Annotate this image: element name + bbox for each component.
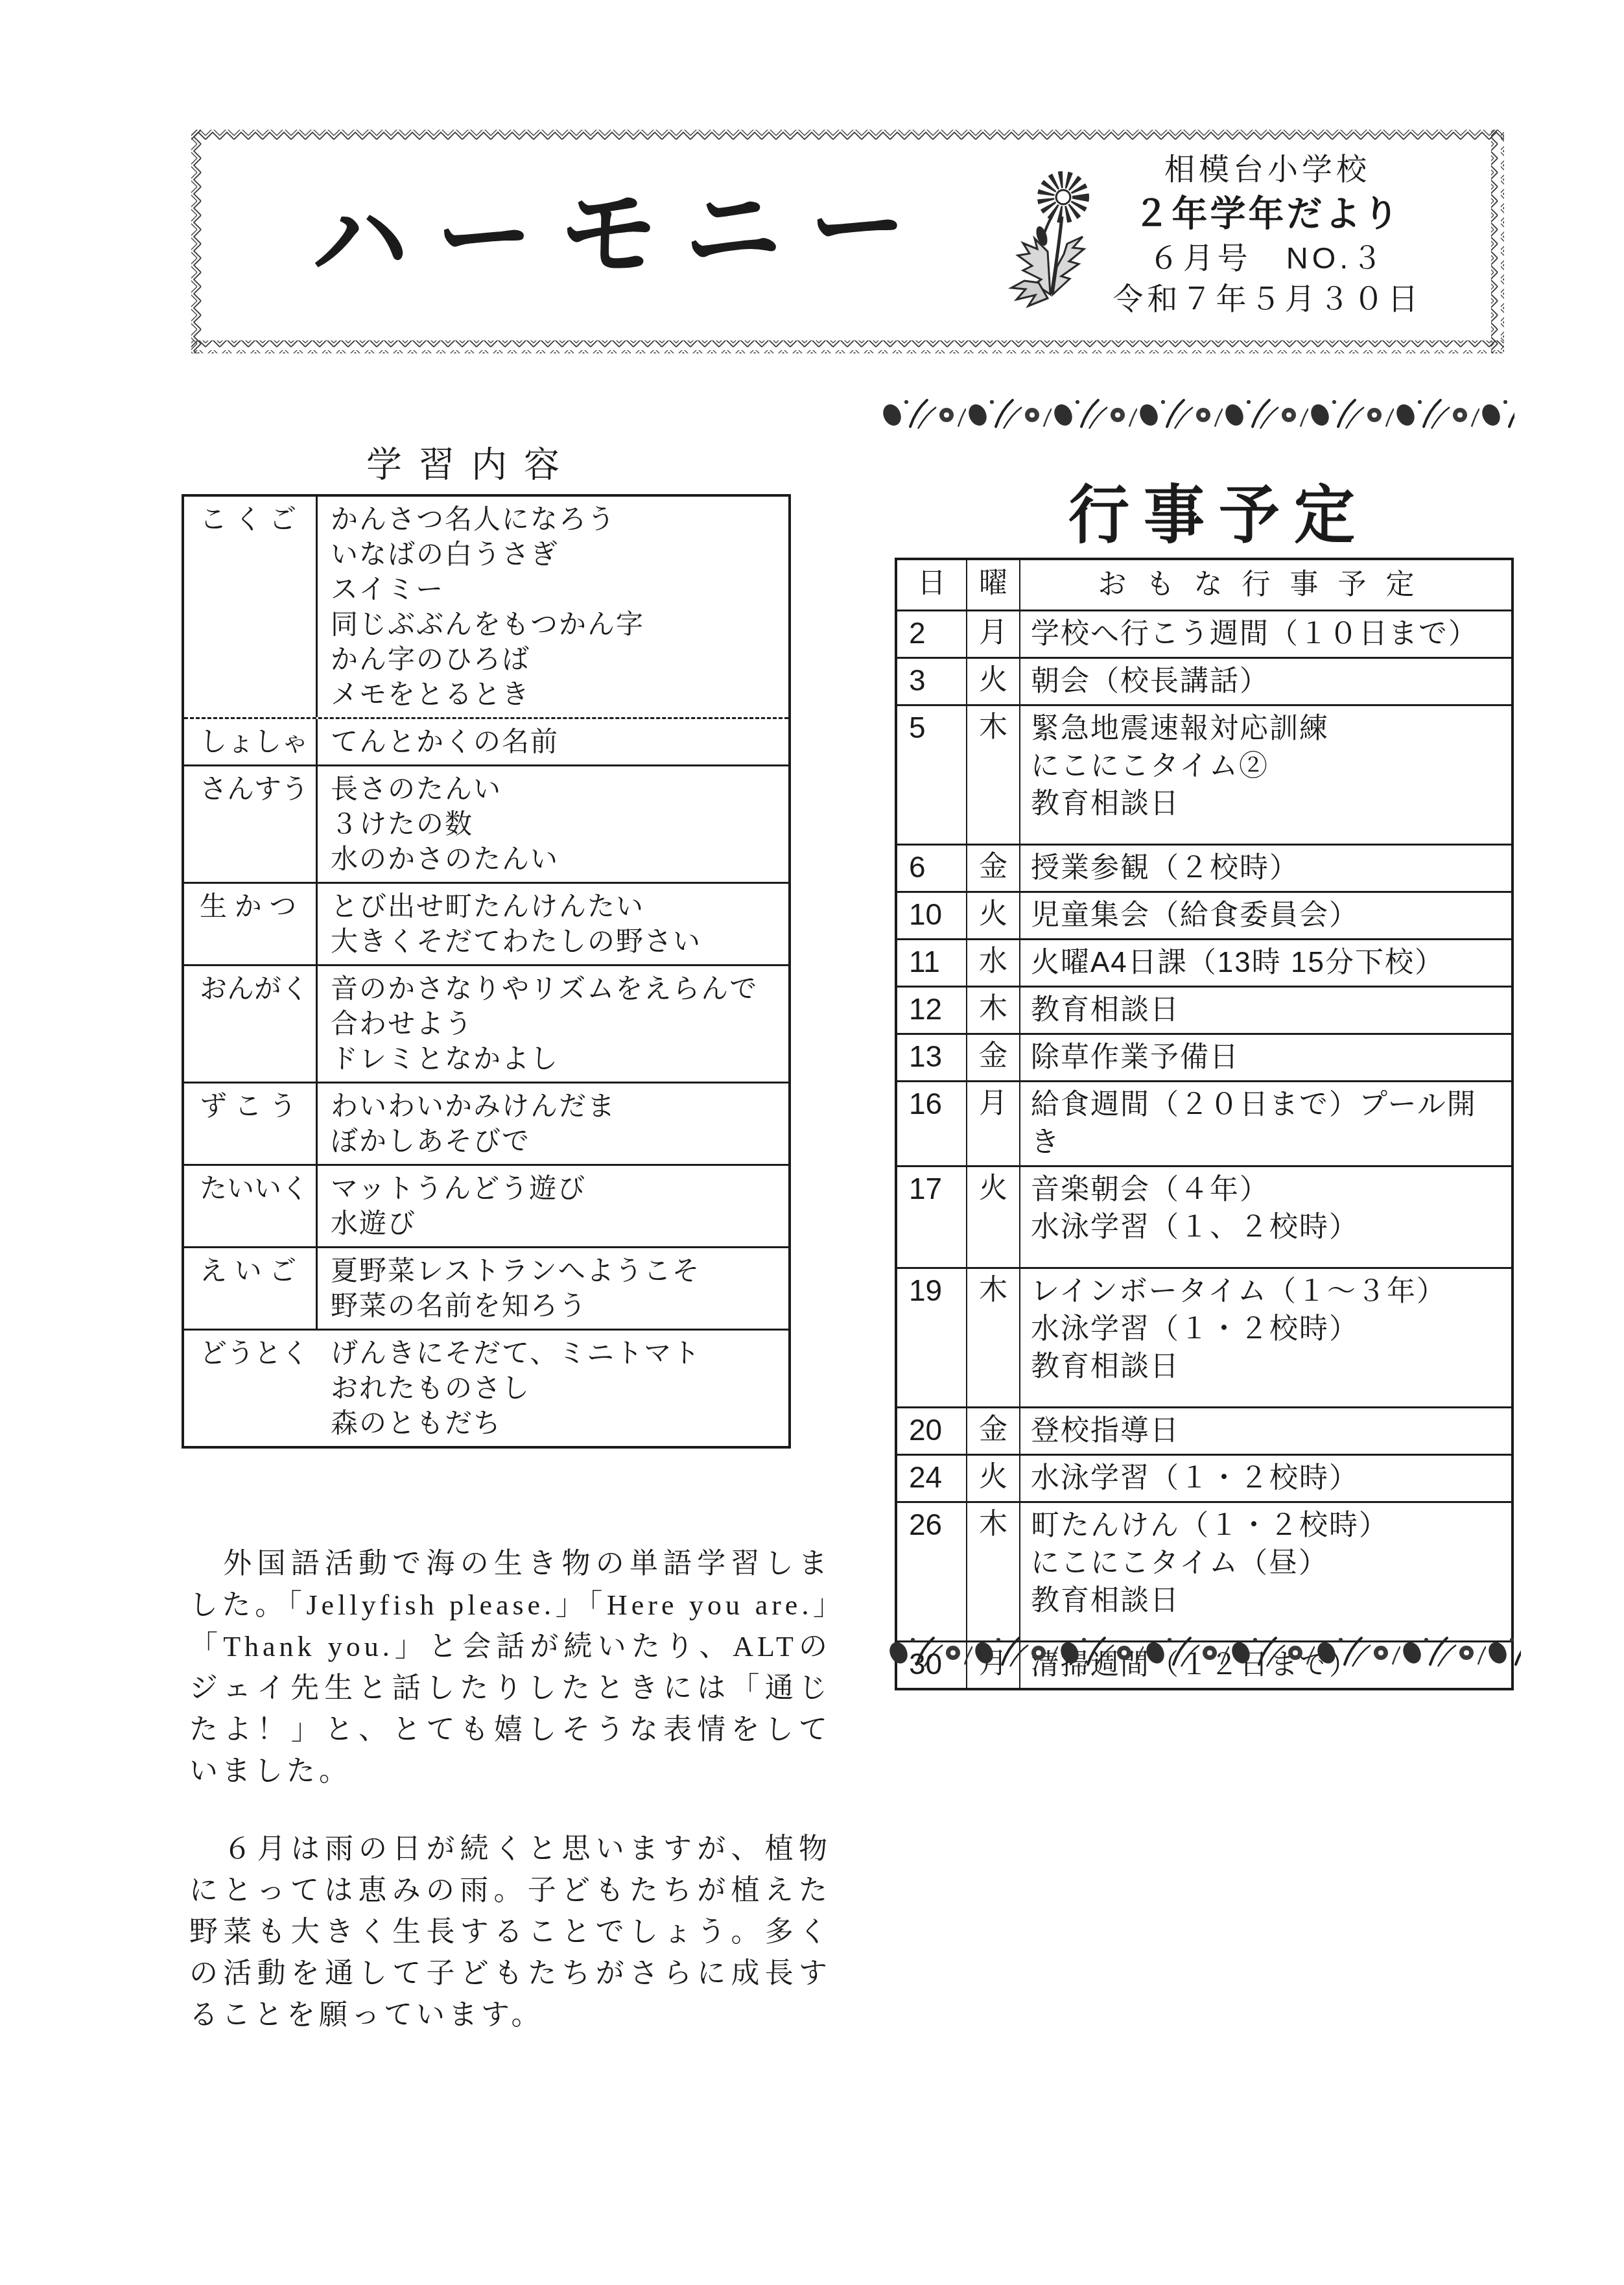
schedule-weekday: 火: [967, 1456, 1020, 1501]
learning-row: こ く ごかんさつ名人になろういなばの白うさぎスイミー同じぶぶんをもつかん字かん…: [184, 497, 788, 717]
subject-items: とび出せ町たんけんたい大きくそだてわたしの野さい: [318, 884, 788, 964]
schedule-event: 児童集会（給食委員会）: [1031, 897, 1506, 934]
subject-items: げんきにそだて、ミニトマトおれたものさし森のともだち: [318, 1331, 788, 1446]
schedule-row: 16月給食週間（２０日まで）プール開き: [897, 1080, 1511, 1165]
subject-items: わいわいかみけんだまぼかしあそびで: [318, 1083, 788, 1164]
schedule-events: 除草作業予備日: [1020, 1035, 1511, 1080]
subject-label: さんすう: [184, 766, 318, 882]
subject-label: どうとく: [184, 1331, 318, 1446]
schedule-row: 3火朝会（校長講話）: [897, 657, 1511, 704]
schedule-events: 緊急地震速報対応訓練にこにこタイム②教育相談日: [1020, 706, 1511, 844]
schedule-day: 3: [897, 659, 967, 704]
schedule-row: 12木教育相談日: [897, 986, 1511, 1033]
schedule-day: 12: [897, 988, 967, 1033]
schedule-event: 授業参観（２校時）: [1031, 849, 1506, 887]
subject-items: 長さのたんい３けたの数水のかさのたんい: [318, 766, 788, 882]
subject-label: ず こ う: [184, 1083, 318, 1164]
schedule-events: 教育相談日: [1020, 988, 1511, 1033]
subject-label: たいいく: [184, 1166, 318, 1246]
schedule-event: 町たんけん（１・２校時）: [1031, 1507, 1506, 1545]
learning-item: 夏野菜レストランへようこそ: [331, 1253, 784, 1288]
leaf-strip-bottom-icon: [887, 1631, 1521, 1672]
learning-item: ぼかしあそびで: [331, 1124, 784, 1159]
schedule-day: 16: [897, 1082, 967, 1165]
schedule-row: 19木レインボータイム（１～３年）水泳学習（１・２校時）教育相談日: [897, 1267, 1511, 1406]
schedule-day: 6: [897, 846, 967, 891]
schedule-weekday: 水: [967, 940, 1020, 986]
masthead: ハーモニー 相模台小学校 ２年学年だより ６月号 NO.３ 令和７年５月３０日: [191, 130, 1504, 353]
schedule-weekday: 金: [967, 1408, 1020, 1454]
schedule-row: 13金除草作業予備日: [897, 1033, 1511, 1080]
learning-row: しょしゃてんとかくの名前: [184, 717, 788, 764]
learning-item: おれたものさし: [331, 1371, 784, 1406]
learning-item: てんとかくの名前: [331, 724, 784, 759]
schedule-events: 授業参観（２校時）: [1020, 846, 1511, 891]
schedule-row: 2月学校へ行こう週間（１０日まで）: [897, 610, 1511, 657]
schedule-header-row: 日曜おもな行事予定: [897, 560, 1511, 610]
learning-item: 同じぶぶんをもつかん字: [331, 607, 784, 642]
learning-row: どうとくげんきにそだて、ミニトマトおれたものさし森のともだち: [184, 1329, 788, 1446]
learning-item: 森のともだち: [331, 1406, 784, 1441]
learning-table: こ く ごかんさつ名人になろういなばの白うさぎスイミー同じぶぶんをもつかん字かん…: [182, 494, 791, 1449]
schedule-day: 11: [897, 940, 967, 986]
schedule-weekday: 金: [967, 846, 1020, 891]
schedule-events: 学校へ行こう週間（１０日まで）: [1020, 611, 1511, 657]
learning-item: かんさつ名人になろう: [331, 502, 784, 537]
schedule-events: レインボータイム（１～３年）水泳学習（１・２校時）教育相談日: [1020, 1269, 1511, 1406]
subject-items: 音のかさなりやリズムをえらんで合わせようドレミとなかよし: [318, 966, 788, 1082]
schedule-weekday: 木: [967, 1503, 1020, 1640]
schedule-day: 24: [897, 1456, 967, 1501]
schedule-header-cell: おもな行事予定: [1020, 560, 1511, 610]
schedule-heading: 行事予定: [1068, 464, 1369, 554]
paragraph-june-rain: ６月は雨の日が続くと思いますが、植物にとっては恵みの雨。子どもたちが植えた野菜も…: [189, 1829, 831, 2036]
schedule-event: 学校へ行こう週間（１０日まで）: [1031, 615, 1506, 653]
learning-heading: 学習内容: [366, 436, 576, 487]
schedule-event: 火曜A4日課（13時 15分下校）: [1031, 944, 1506, 982]
body-text: 外国語活動で海の生き物の単語学習しました。「Jellyfish please.」…: [189, 1543, 831, 2036]
subject-items: 夏野菜レストランへようこそ野菜の名前を知ろう: [318, 1248, 788, 1329]
schedule-row: 6金授業参観（２校時）: [897, 844, 1511, 891]
schedule-event: 教育相談日: [1031, 991, 1506, 1029]
schedule-events: 朝会（校長講話）: [1020, 659, 1511, 704]
schedule-table: 日曜おもな行事予定2月学校へ行こう週間（１０日まで）3火朝会（校長講話）5木緊急…: [895, 558, 1514, 1690]
schedule-event: レインボータイム（１～３年）: [1031, 1273, 1506, 1310]
schedule-day: 19: [897, 1269, 967, 1406]
learning-item: メモをとるとき: [331, 677, 784, 712]
schedule-weekday: 火: [967, 893, 1020, 938]
schedule-row: 10火児童集会（給食委員会）: [897, 891, 1511, 938]
learning-row: ず こ うわいわいかみけんだまぼかしあそびで: [184, 1082, 788, 1164]
learning-row: たいいくマットうんどう遊び水遊び: [184, 1164, 788, 1246]
schedule-weekday: 火: [967, 659, 1020, 704]
schedule-header-cell: 曜: [967, 560, 1020, 610]
schedule-event: 給食週間（２０日まで）プール開き: [1031, 1086, 1506, 1161]
schedule-day: 2: [897, 611, 967, 657]
issue-number: ６月号 NO.３: [1060, 238, 1475, 279]
learning-item: ３けたの数: [331, 807, 784, 842]
learning-item: 長さのたんい: [331, 772, 784, 807]
schedule-event: 水泳学習（１・２校時）: [1031, 1310, 1506, 1348]
schedule-event: にこにこタイム②: [1031, 748, 1506, 785]
learning-item: マットうんどう遊び: [331, 1171, 784, 1206]
subject-items: てんとかくの名前: [318, 719, 788, 764]
schedule-events: 給食週間（２０日まで）プール開き: [1020, 1082, 1511, 1165]
issue-date: 令和７年５月３０日: [1060, 279, 1475, 320]
learning-item: スイミー: [331, 572, 784, 607]
schedule-weekday: 木: [967, 988, 1020, 1033]
paragraph-english-activity: 外国語活動で海の生き物の単語学習しました。「Jellyfish please.」…: [189, 1543, 831, 1792]
newsletter-page: ハーモニー 相模台小学校 ２年学年だより ６月号 NO.３ 令和７年５月３０日 …: [0, 0, 1624, 2285]
schedule-events: 水泳学習（１・２校時）: [1020, 1456, 1511, 1501]
learning-item: 合わせよう: [331, 1006, 784, 1041]
schedule-event: 音楽朝会（４年）: [1031, 1171, 1506, 1209]
schedule-row: 26木町たんけん（１・２校時）にこにこタイム（昼）教育相談日: [897, 1501, 1511, 1640]
learning-row: 生 か つとび出せ町たんけんたい大きくそだてわたしの野さい: [184, 882, 788, 964]
schedule-events: 町たんけん（１・２校時）にこにこタイム（昼）教育相談日: [1020, 1503, 1511, 1640]
schedule-events: 火曜A4日課（13時 15分下校）: [1020, 940, 1511, 986]
learning-item: 大きくそだてわたしの野さい: [331, 924, 784, 959]
schedule-weekday: 木: [967, 706, 1020, 844]
schedule-events: 音楽朝会（４年）水泳学習（１、２校時）: [1020, 1167, 1511, 1267]
learning-item: わいわいかみけんだま: [331, 1089, 784, 1124]
schedule-day: 10: [897, 893, 967, 938]
schedule-weekday: 火: [967, 1167, 1020, 1267]
learning-row: え い ご夏野菜レストランへようこそ野菜の名前を知ろう: [184, 1246, 788, 1329]
subject-label: 生 か つ: [184, 884, 318, 964]
learning-item: 音のかさなりやリズムをえらんで: [331, 971, 784, 1006]
schedule-header-cell: 日: [897, 560, 967, 610]
learning-item: 野菜の名前を知ろう: [331, 1288, 784, 1323]
schedule-event: 水泳学習（１、２校時）: [1031, 1209, 1506, 1246]
learning-item: 水のかさのたんい: [331, 842, 784, 877]
publication-info: 相模台小学校 ２年学年だより ６月号 NO.３ 令和７年５月３０日: [1060, 149, 1475, 320]
school-name: 相模台小学校: [1060, 149, 1475, 190]
schedule-event: 朝会（校長講話）: [1031, 663, 1506, 700]
subject-items: かんさつ名人になろういなばの白うさぎスイミー同じぶぶんをもつかん字かん字のひろば…: [318, 497, 788, 717]
learning-row: おんがく音のかさなりやリズムをえらんで合わせようドレミとなかよし: [184, 964, 788, 1082]
schedule-weekday: 金: [967, 1035, 1020, 1080]
schedule-event: 除草作業予備日: [1031, 1039, 1506, 1076]
schedule-row: 24火水泳学習（１・２校時）: [897, 1454, 1511, 1501]
learning-item: ドレミとなかよし: [331, 1041, 784, 1076]
learning-item: いなばの白うさぎ: [331, 537, 784, 572]
schedule-event: 教育相談日: [1031, 1582, 1506, 1620]
learning-item: かん字のひろば: [331, 642, 784, 677]
schedule-event: 緊急地震速報対応訓練: [1031, 710, 1506, 748]
schedule-events: 児童集会（給食委員会）: [1020, 893, 1511, 938]
leaf-strip-top-icon: [880, 393, 1514, 434]
schedule-day: 20: [897, 1408, 967, 1454]
subject-label: おんがく: [184, 966, 318, 1082]
schedule-weekday: 木: [967, 1269, 1020, 1406]
schedule-event: 教育相談日: [1031, 1348, 1506, 1386]
schedule-events: 登校指導日: [1020, 1408, 1511, 1454]
schedule-row: 11水火曜A4日課（13時 15分下校）: [897, 938, 1511, 986]
schedule-event: 登校指導日: [1031, 1412, 1506, 1450]
schedule-day: 5: [897, 706, 967, 844]
newsletter-name: ２年学年だより: [1060, 190, 1475, 238]
schedule-weekday: 月: [967, 611, 1020, 657]
subject-label: こ く ご: [184, 497, 318, 717]
schedule-day: 13: [897, 1035, 967, 1080]
subject-items: マットうんどう遊び水遊び: [318, 1166, 788, 1246]
learning-item: とび出せ町たんけんたい: [331, 889, 784, 924]
subject-label: しょしゃ: [184, 719, 318, 764]
learning-item: げんきにそだて、ミニトマト: [331, 1336, 784, 1371]
learning-row: さんすう長さのたんい３けたの数水のかさのたんい: [184, 764, 788, 882]
schedule-day: 26: [897, 1503, 967, 1640]
learning-item: 水遊び: [331, 1206, 784, 1241]
schedule-event: 教育相談日: [1031, 785, 1506, 823]
schedule-event: 水泳学習（１・２校時）: [1031, 1460, 1506, 1497]
schedule-row: 20金登校指導日: [897, 1406, 1511, 1454]
schedule-event: にこにこタイム（昼）: [1031, 1545, 1506, 1582]
schedule-row: 17火音楽朝会（４年）水泳学習（１、２校時）: [897, 1165, 1511, 1267]
schedule-day: 17: [897, 1167, 967, 1267]
newsletter-title: ハーモニー: [311, 141, 934, 307]
schedule-row: 5木緊急地震速報対応訓練にこにこタイム②教育相談日: [897, 704, 1511, 844]
schedule-weekday: 月: [967, 1082, 1020, 1165]
subject-label: え い ご: [184, 1248, 318, 1329]
